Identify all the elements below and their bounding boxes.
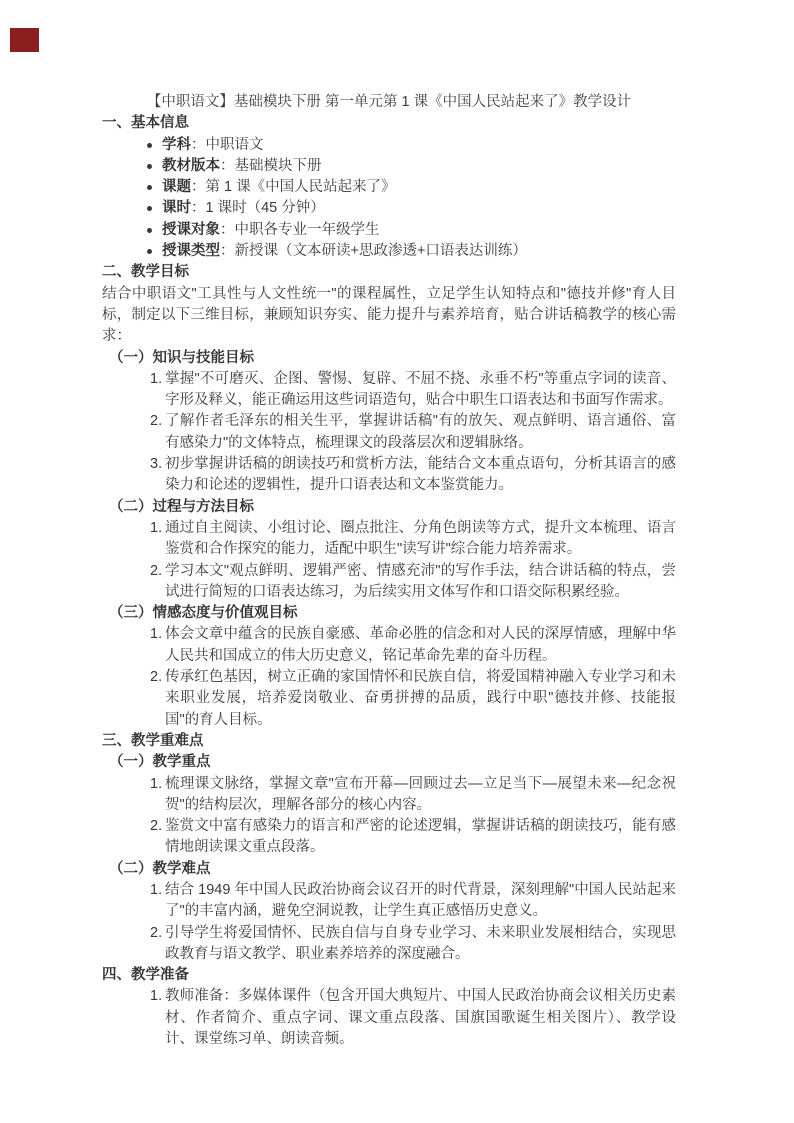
list-number: 3. — [150, 454, 162, 475]
list-item: 1.掌握"不可磨灭、企图、警惕、复辟、不屈不挠、永垂不朽"等重点字词的读音、字形… — [102, 369, 676, 412]
subheading-process-method: （二）过程与方法目标 — [102, 497, 676, 518]
list-number: 1. — [150, 369, 162, 390]
bullet-value: ：基础模块下册 — [220, 158, 322, 174]
list-number: 1. — [150, 624, 162, 645]
list-number: 2. — [150, 561, 162, 582]
list-text: 鉴赏文中富有感染力的语言和严密的论述逻辑，掌握讲话稿的朗读技巧，能有感情地朗读课… — [165, 818, 676, 855]
list-item: 1.梳理课文脉络，掌握文章"宣布开幕—回顾过去—立足当下—展望未来—纪念祝贺"的… — [102, 774, 676, 817]
document-content: 【中职语文】基础模块下册 第一单元第 1 课《中国人民站起来了》教学设计 一、基… — [102, 92, 676, 1050]
list-number: 1. — [150, 986, 162, 1007]
list-number: 2. — [150, 667, 162, 688]
list-item: 授课对象：中职各专业一年级学生 — [102, 220, 676, 241]
doc-title: 【中职语文】基础模块下册 第一单元第 1 课《中国人民站起来了》教学设计 — [102, 92, 676, 113]
subheading-emotion-values: （三）情感态度与价值观目标 — [102, 603, 676, 624]
subheading-difficult-points: （二）教学难点 — [102, 859, 676, 880]
list-number: 1. — [150, 880, 162, 901]
heading-key-difficult-points: 三、教学重难点 — [102, 731, 676, 752]
bullet-icon — [147, 164, 152, 169]
list-item: 2.鉴赏文中富有感染力的语言和严密的论述逻辑，掌握讲话稿的朗读技巧，能有感情地朗… — [102, 816, 676, 859]
list-text: 通过自主阅读、小组讨论、圈点批注、分角色朗读等方式，提升文本梳理、语言鉴赏和合作… — [165, 520, 676, 557]
bullet-value: ：中职语文 — [191, 137, 264, 153]
list-item: 1.体会文章中蕴含的民族自豪感、革命必胜的信念和对人民的深厚情感，理解中华人民共… — [102, 624, 676, 667]
list-number: 2. — [150, 816, 162, 837]
bullet-value: ：第 1 课《中国人民站起来了》 — [191, 179, 396, 195]
list-text: 初步掌握讲话稿的朗读技巧和赏析方法，能结合文本重点语句，分析其语言的感染力和论述… — [165, 456, 676, 493]
bullet-label: 授课对象 — [162, 222, 220, 238]
heading-teaching-goals: 二、教学目标 — [102, 262, 676, 283]
list-item: 授课类型：新授课（文本研读+思政渗透+口语表达训练） — [102, 241, 676, 262]
bullet-icon — [147, 228, 152, 233]
teaching-goals-intro: 结合中职语文"工具性与人文性统一"的课程属性，立足学生认知特点和"德技并修"育人… — [102, 284, 676, 348]
bullet-label: 课时 — [162, 200, 191, 216]
list-item: 1.通过自主阅读、小组讨论、圈点批注、分角色朗读等方式，提升文本梳理、语言鉴赏和… — [102, 518, 676, 561]
list-item: 2.了解作者毛泽东的相关生平，掌握讲话稿"有的放矢、观点鲜明、语言通俗、富有感染… — [102, 411, 676, 454]
list-text: 梳理课文脉络，掌握文章"宣布开幕—回顾过去—立足当下—展望未来—纪念祝贺"的结构… — [165, 776, 676, 813]
red-corner-mark — [10, 28, 39, 52]
subheading-key-points: （一）教学重点 — [102, 752, 676, 773]
list-number: 1. — [150, 774, 162, 795]
bullet-value: ：新授课（文本研读+思政渗透+口语表达训练） — [220, 243, 527, 259]
document-page: 【中职语文】基础模块下册 第一单元第 1 课《中国人民站起来了》教学设计 一、基… — [0, 0, 794, 1123]
list-number: 1. — [150, 518, 162, 539]
list-item: 2.学习本文"观点鲜明、逻辑严密、情感充沛"的写作手法，结合讲话稿的特点，尝试进… — [102, 561, 676, 604]
bullet-label: 课题 — [162, 179, 191, 195]
basic-info-list: 学科：中职语文 教材版本：基础模块下册 课题：第 1 课《中国人民站起来了》 课… — [102, 135, 676, 263]
list-item: 1.结合 1949 年中国人民政治协商会议召开的时代背景，深刻理解"中国人民站起… — [102, 880, 676, 923]
list-text: 了解作者毛泽东的相关生平，掌握讲话稿"有的放矢、观点鲜明、语言通俗、富有感染力"… — [165, 413, 676, 450]
list-item: 2.传承红色基因，树立正确的家国情怀和民族自信，将爱国精神融入专业学习和未来职业… — [102, 667, 676, 731]
bullet-label: 教材版本 — [162, 158, 220, 174]
list-number: 2. — [150, 923, 162, 944]
bullet-icon — [147, 185, 152, 190]
bullet-label: 学科 — [162, 137, 191, 153]
bullet-value: ：中职各专业一年级学生 — [220, 222, 380, 238]
list-item: 课时：1 课时（45 分钟） — [102, 198, 676, 219]
list-text: 掌握"不可磨灭、企图、警惕、复辟、不屈不挠、永垂不朽"等重点字词的读音、字形及释… — [165, 371, 676, 408]
subheading-knowledge-skills: （一）知识与技能目标 — [102, 348, 676, 369]
list-text: 结合 1949 年中国人民政治协商会议召开的时代背景，深刻理解"中国人民站起来了… — [165, 882, 676, 919]
list-item: 3.初步掌握讲话稿的朗读技巧和赏析方法，能结合文本重点语句，分析其语言的感染力和… — [102, 454, 676, 497]
list-text: 学习本文"观点鲜明、逻辑严密、情感充沛"的写作手法，结合讲话稿的特点，尝试进行简… — [165, 563, 676, 600]
list-text: 教师准备：多媒体课件（包含开国大典短片、中国人民政治协商会议相关历史素材、作者简… — [165, 988, 676, 1047]
list-number: 2. — [150, 411, 162, 432]
bullet-icon — [147, 143, 152, 148]
bullet-label: 授课类型 — [162, 243, 220, 259]
bullet-value: ：1 课时（45 分钟） — [191, 200, 325, 216]
heading-basic-info: 一、基本信息 — [102, 113, 676, 134]
list-item: 教材版本：基础模块下册 — [102, 156, 676, 177]
heading-teaching-preparation: 四、教学准备 — [102, 965, 676, 986]
list-item: 学科：中职语文 — [102, 135, 676, 156]
bullet-icon — [147, 249, 152, 254]
list-text: 传承红色基因，树立正确的家国情怀和民族自信，将爱国精神融入专业学习和未来职业发展… — [165, 669, 676, 728]
list-item: 2.引导学生将爱国情怀、民族自信与自身专业学习、未来职业发展相结合，实现思政教育… — [102, 923, 676, 966]
list-item: 1.教师准备：多媒体课件（包含开国大典短片、中国人民政治协商会议相关历史素材、作… — [102, 986, 676, 1050]
list-text: 引导学生将爱国情怀、民族自信与自身专业学习、未来职业发展相结合，实现思政教育与语… — [165, 925, 676, 962]
list-item: 课题：第 1 课《中国人民站起来了》 — [102, 177, 676, 198]
list-text: 体会文章中蕴含的民族自豪感、革命必胜的信念和对人民的深厚情感，理解中华人民共和国… — [165, 626, 676, 663]
bullet-icon — [147, 206, 152, 211]
